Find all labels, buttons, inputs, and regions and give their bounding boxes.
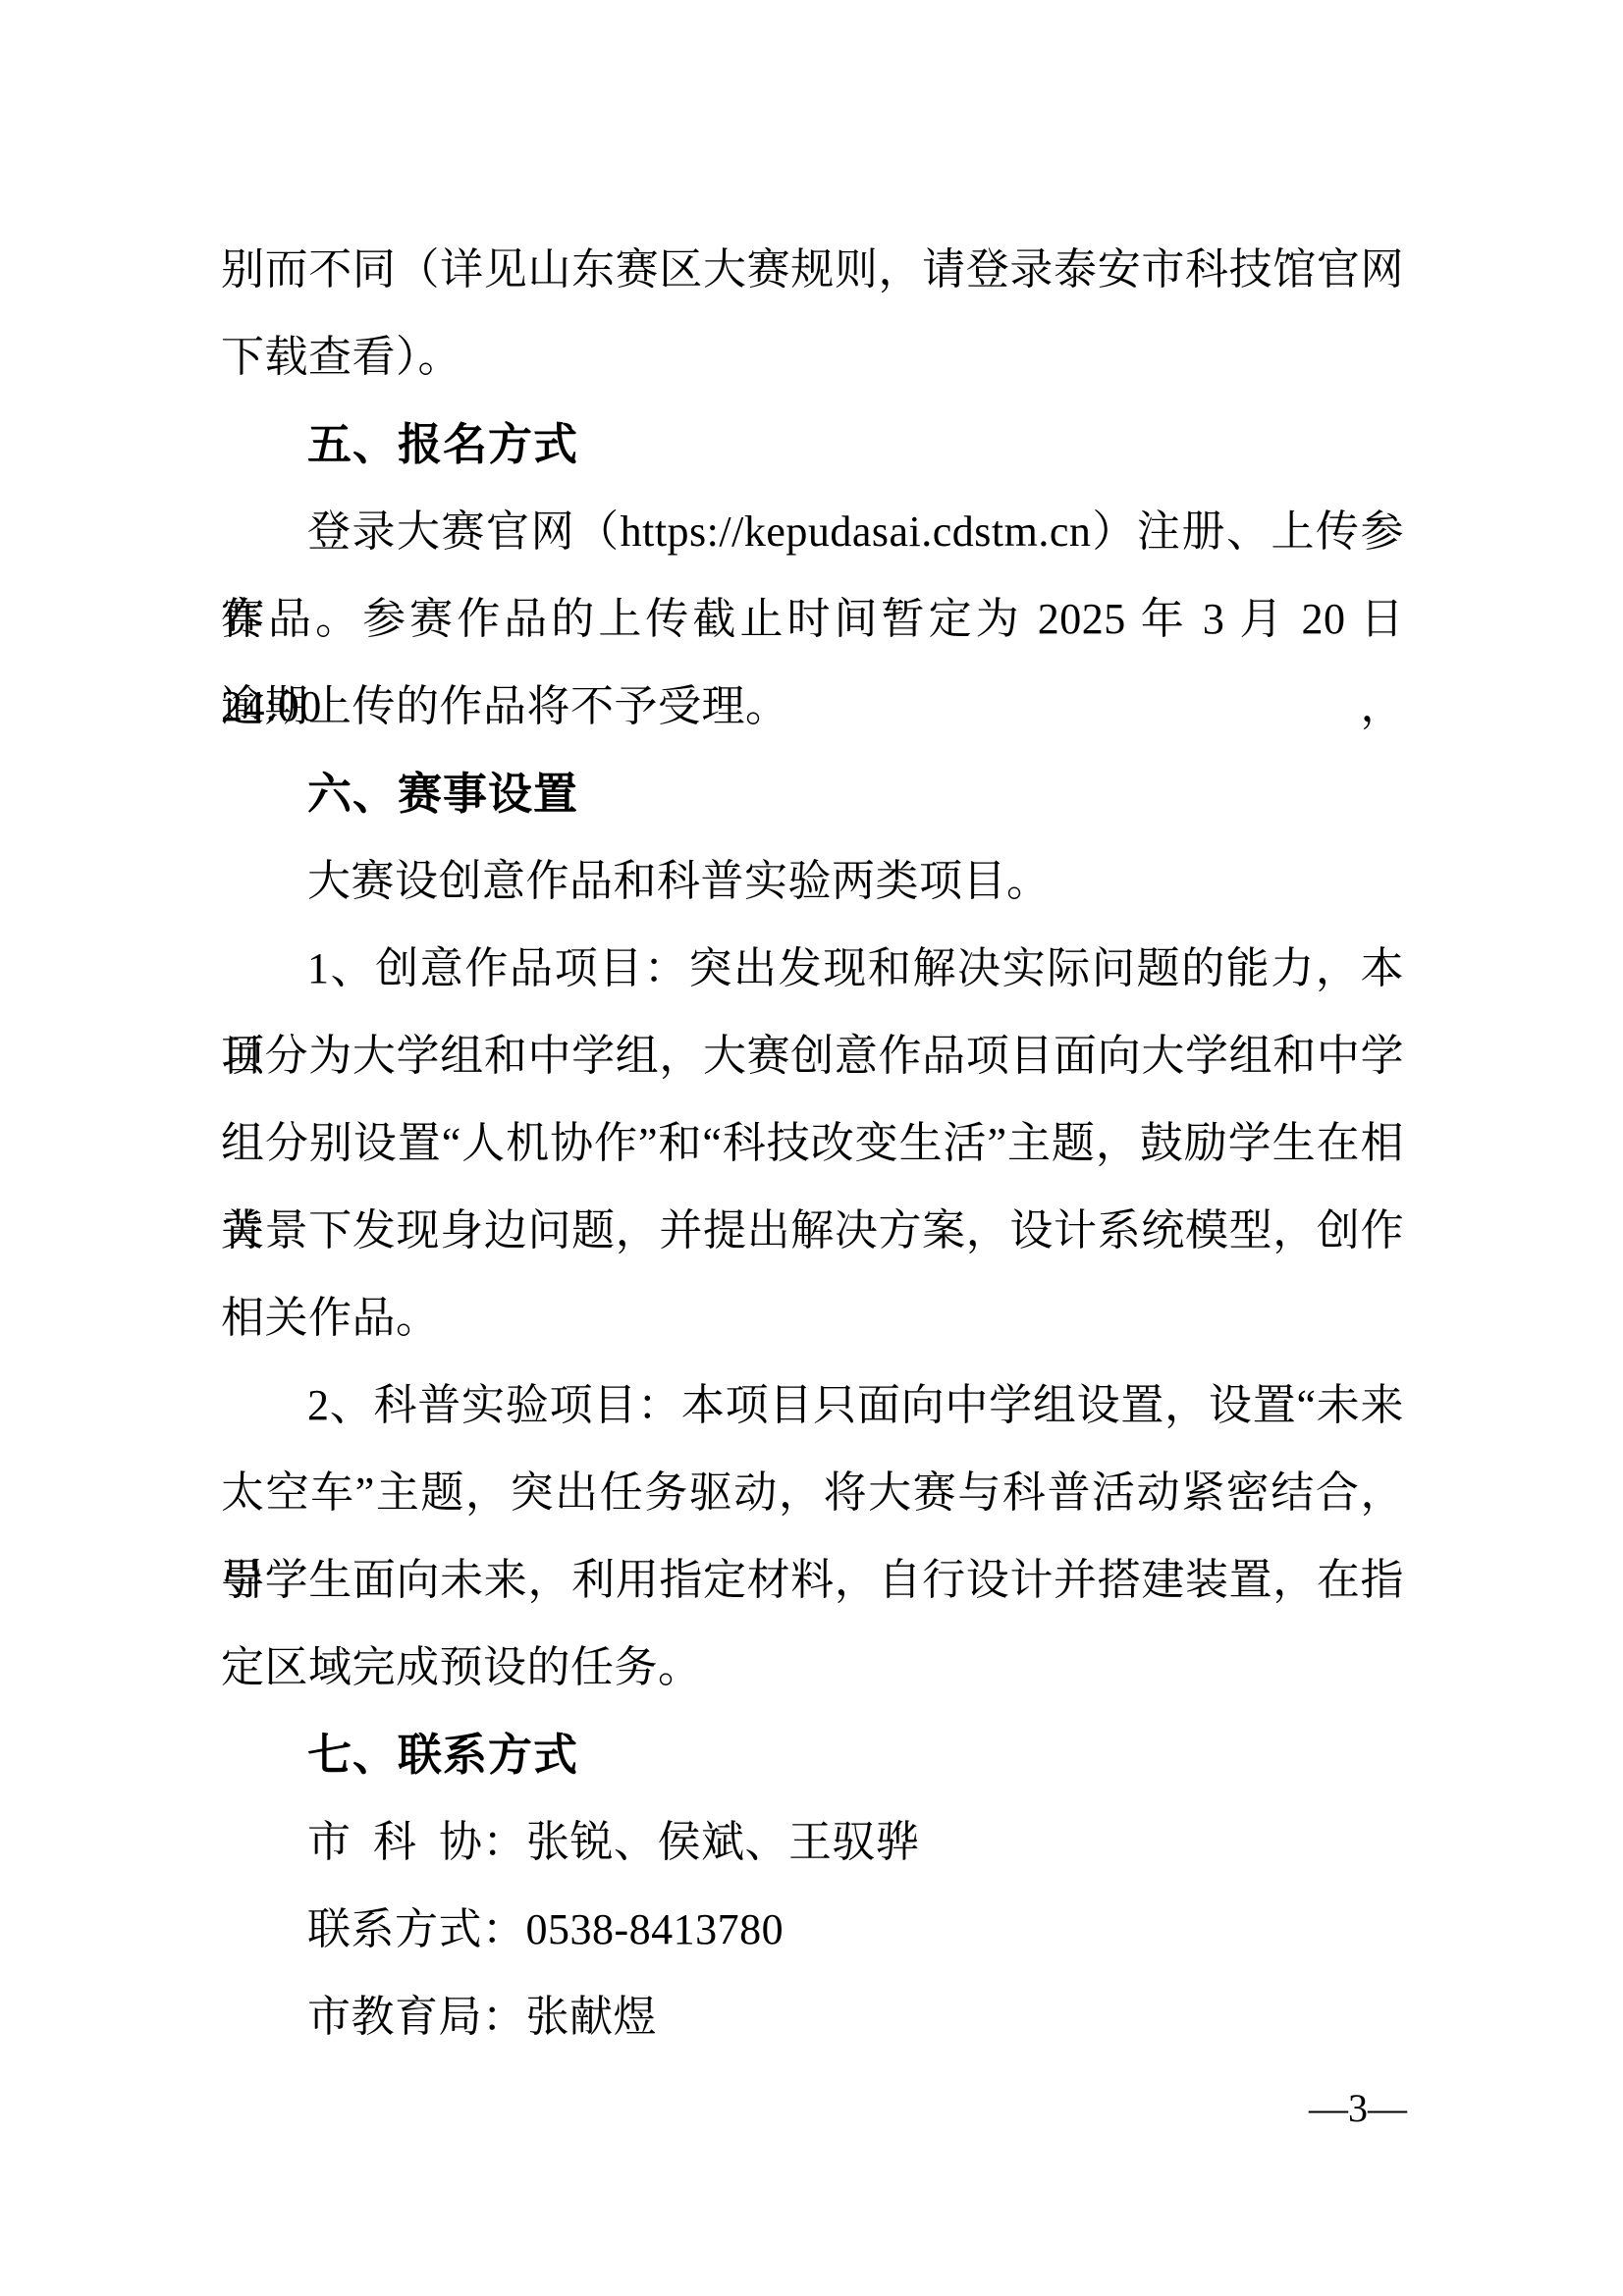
text-line: 定区域完成预设的任务。 bbox=[221, 1624, 1404, 1711]
text-line: 大赛设创意作品和科普实验两类项目。 bbox=[221, 837, 1404, 925]
text-line: 相关作品。 bbox=[221, 1274, 1404, 1362]
text-line: 1、创意作品项目：突出发现和解决实际问题的能力，本项 bbox=[221, 925, 1404, 1012]
page-number: —3— bbox=[1309, 2087, 1407, 2130]
text-line: 2、科普实验项目：本项目只面向中学组设置，设置“未来 bbox=[221, 1362, 1404, 1449]
section-heading: 七、联系方式 bbox=[221, 1711, 1404, 1798]
text-line: 别而不同（详见山东赛区大赛规则，请登录泰安市科技馆官网 bbox=[221, 226, 1404, 313]
text-line: 太空车”主题，突出任务驱动，将大赛与科普活动紧密结合，引 bbox=[221, 1449, 1404, 1536]
section-heading: 五、报名方式 bbox=[221, 400, 1404, 488]
text-line: 市 科 协：张锐、侯斌、王驭骅 bbox=[221, 1798, 1404, 1886]
section-heading: 六、赛事设置 bbox=[221, 750, 1404, 837]
text-line: 导学生面向未来，利用指定材料，自行设计并搭建装置，在指 bbox=[221, 1536, 1404, 1624]
text-line: 下载查看）。 bbox=[221, 313, 1404, 400]
document-page: 别而不同（详见山东赛区大赛规则，请登录泰安市科技馆官网下载查看）。五、报名方式登… bbox=[0, 0, 1623, 2296]
document-body: 别而不同（详见山东赛区大赛规则，请登录泰安市科技馆官网下载查看）。五、报名方式登… bbox=[221, 226, 1404, 2060]
text-line: 联系方式：0538-8413780 bbox=[221, 1886, 1404, 1973]
text-line: 登录大赛官网（https://kepudasai.cdstm.cn）注册、上传参… bbox=[221, 488, 1404, 575]
text-line: 背景下发现身边问题，并提出解决方案，设计系统模型，创作 bbox=[221, 1187, 1404, 1274]
text-line: 市教育局：张献煜 bbox=[221, 1973, 1404, 2060]
text-line: 目分为大学组和中学组，大赛创意作品项目面向大学组和中学 bbox=[221, 1012, 1404, 1099]
text-line: 组分别设置“人机协作”和“科技改变生活”主题，鼓励学生在相关 bbox=[221, 1099, 1404, 1187]
text-line: 作品。参赛作品的上传截止时间暂定为 2025 年 3 月 20 日 24:00， bbox=[221, 575, 1404, 663]
